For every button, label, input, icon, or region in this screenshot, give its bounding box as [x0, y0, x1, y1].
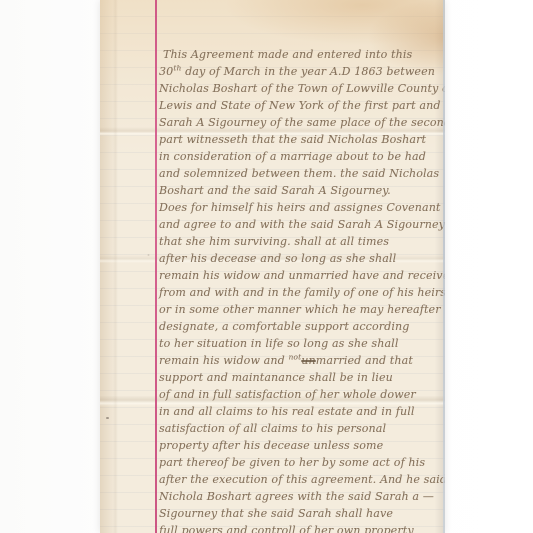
handwriting-line: remain his widow and unmarried have and … [159, 267, 443, 284]
handwriting-segment: This Agreement made and entered into thi… [163, 48, 412, 61]
handwriting-segment: and agree to and with the said Sarah A S… [159, 218, 445, 231]
margin-rule-line [155, 0, 157, 533]
handwriting-segment: property after his decease unless some [159, 439, 383, 452]
handwriting-segment: Sigourney that she said Sarah shall have [159, 507, 393, 520]
handwriting-line: and agree to and with the said Sarah A S… [159, 216, 443, 233]
handwriting-line: remain his widow and notunmarried and th… [159, 352, 443, 369]
handwriting-segment: after his decease and so long as she sha… [159, 252, 396, 265]
handwriting-segment-strike: un [301, 354, 315, 367]
handwriting-line: of and in full satisfaction of her whole… [159, 386, 443, 403]
handwriting-line: that she him surviving. shall at all tim… [159, 233, 443, 250]
handwriting-line: 30th day of March in the year A.D 1863 b… [159, 63, 443, 80]
handwriting-segment: support and maintanance shall be in lieu [159, 371, 393, 384]
paper-sheet: This Agreement made and entered into thi… [100, 0, 445, 533]
handwriting-line: in and all claims to his real estate and… [159, 403, 443, 420]
handwriting-line: from and with and in the family of one o… [159, 284, 443, 301]
handwriting-segment: Sarah A Sigourney of the same place of t… [159, 116, 445, 129]
handwriting-segment: Nicholas Boshart of the Town of Lowville… [159, 82, 445, 95]
paper-right-edge [443, 0, 445, 533]
handwriting-line: Nichola Boshart agrees with the said Sar… [159, 488, 443, 505]
handwriting-segment: satisfaction of all claims to his person… [159, 422, 386, 435]
handwriting-segment: married and that [316, 354, 413, 367]
handwriting-segment: Nichola Boshart agrees with the said Sar… [159, 490, 434, 503]
handwriting-segment: to her situation in life so long as she … [159, 337, 399, 350]
scan-background: This Agreement made and entered into thi… [0, 0, 533, 533]
handwriting-segment: from and with and in the family of one o… [159, 286, 445, 299]
handwriting-segment: and solemnized between them. the said Ni… [159, 167, 439, 180]
handwriting-segment: part thereof be given to her by some act… [159, 456, 425, 469]
handwriting-segment: of and in full satisfaction of her whole… [159, 388, 416, 401]
handwriting-line: Lewis and State of New York of the first… [159, 97, 443, 114]
page-lines: This Agreement made and entered into thi… [159, 46, 443, 533]
handwriting-segment: remain his widow and unmarried have and … [159, 269, 445, 282]
handwriting-line: to her situation in life so long as she … [159, 335, 443, 352]
fold-crease-vertical [113, 0, 118, 533]
handwriting-segment: after the execution of this agreement. A… [159, 473, 445, 486]
paper-speck [106, 417, 109, 419]
handwriting-segment: full powers and controll of her own prop… [159, 524, 414, 533]
handwriting-segment: 30 [159, 65, 173, 78]
handwriting-segment: or in some other manner which he may her… [159, 303, 441, 316]
handwriting-line: Sigourney that she said Sarah shall have [159, 505, 443, 522]
handwriting-line: and solemnized between them. the said Ni… [159, 165, 443, 182]
handwriting-line: Sarah A Sigourney of the same place of t… [159, 114, 443, 131]
handwriting-segment: that she him surviving. shall at all tim… [159, 235, 389, 248]
handwriting-line: after the execution of this agreement. A… [159, 471, 443, 488]
handwriting-segment: day of March in the year A.D 1863 betwee… [181, 65, 435, 78]
handwriting-line: after his decease and so long as she sha… [159, 250, 443, 267]
handwriting-line: satisfaction of all claims to his person… [159, 420, 443, 437]
handwriting-line: part witnesseth that the said Nicholas B… [159, 131, 443, 148]
handwriting-segment: in consideration of a marriage about to … [159, 150, 426, 163]
handwriting-line: in consideration of a marriage about to … [159, 148, 443, 165]
handwriting-line: Boshart and the said Sarah A Sigourney. [159, 182, 443, 199]
handwriting-line: or in some other manner which he may her… [159, 301, 443, 318]
handwriting-line: part thereof be given to her by some act… [159, 454, 443, 471]
handwriting-line: This Agreement made and entered into thi… [159, 46, 443, 63]
handwriting-line: Nicholas Boshart of the Town of Lowville… [159, 80, 443, 97]
handwriting-segment: Does for himself his heirs and assignes … [159, 201, 441, 214]
handwriting-segment: Lewis and State of New York of the first… [159, 99, 441, 112]
handwriting-line: designate, a comfortable support accordi… [159, 318, 443, 335]
handwriting-line: property after his decease unless some [159, 437, 443, 454]
handwriting-segment-sup: not [288, 352, 301, 361]
handwriting-line: Does for himself his heirs and assignes … [159, 199, 443, 216]
handwriting-segment: Boshart and the said Sarah A Sigourney. [159, 184, 391, 197]
handwriting-line: support and maintanance shall be in lieu [159, 369, 443, 386]
handwriting-line: full powers and controll of her own prop… [159, 522, 443, 533]
handwriting-segment: in and all claims to his real estate and… [159, 405, 415, 418]
handwriting-segment: part witnesseth that the said Nicholas B… [159, 133, 426, 146]
handwriting-segment: remain his widow and [159, 354, 288, 367]
handwriting-segment: designate, a comfortable support accordi… [159, 320, 409, 333]
